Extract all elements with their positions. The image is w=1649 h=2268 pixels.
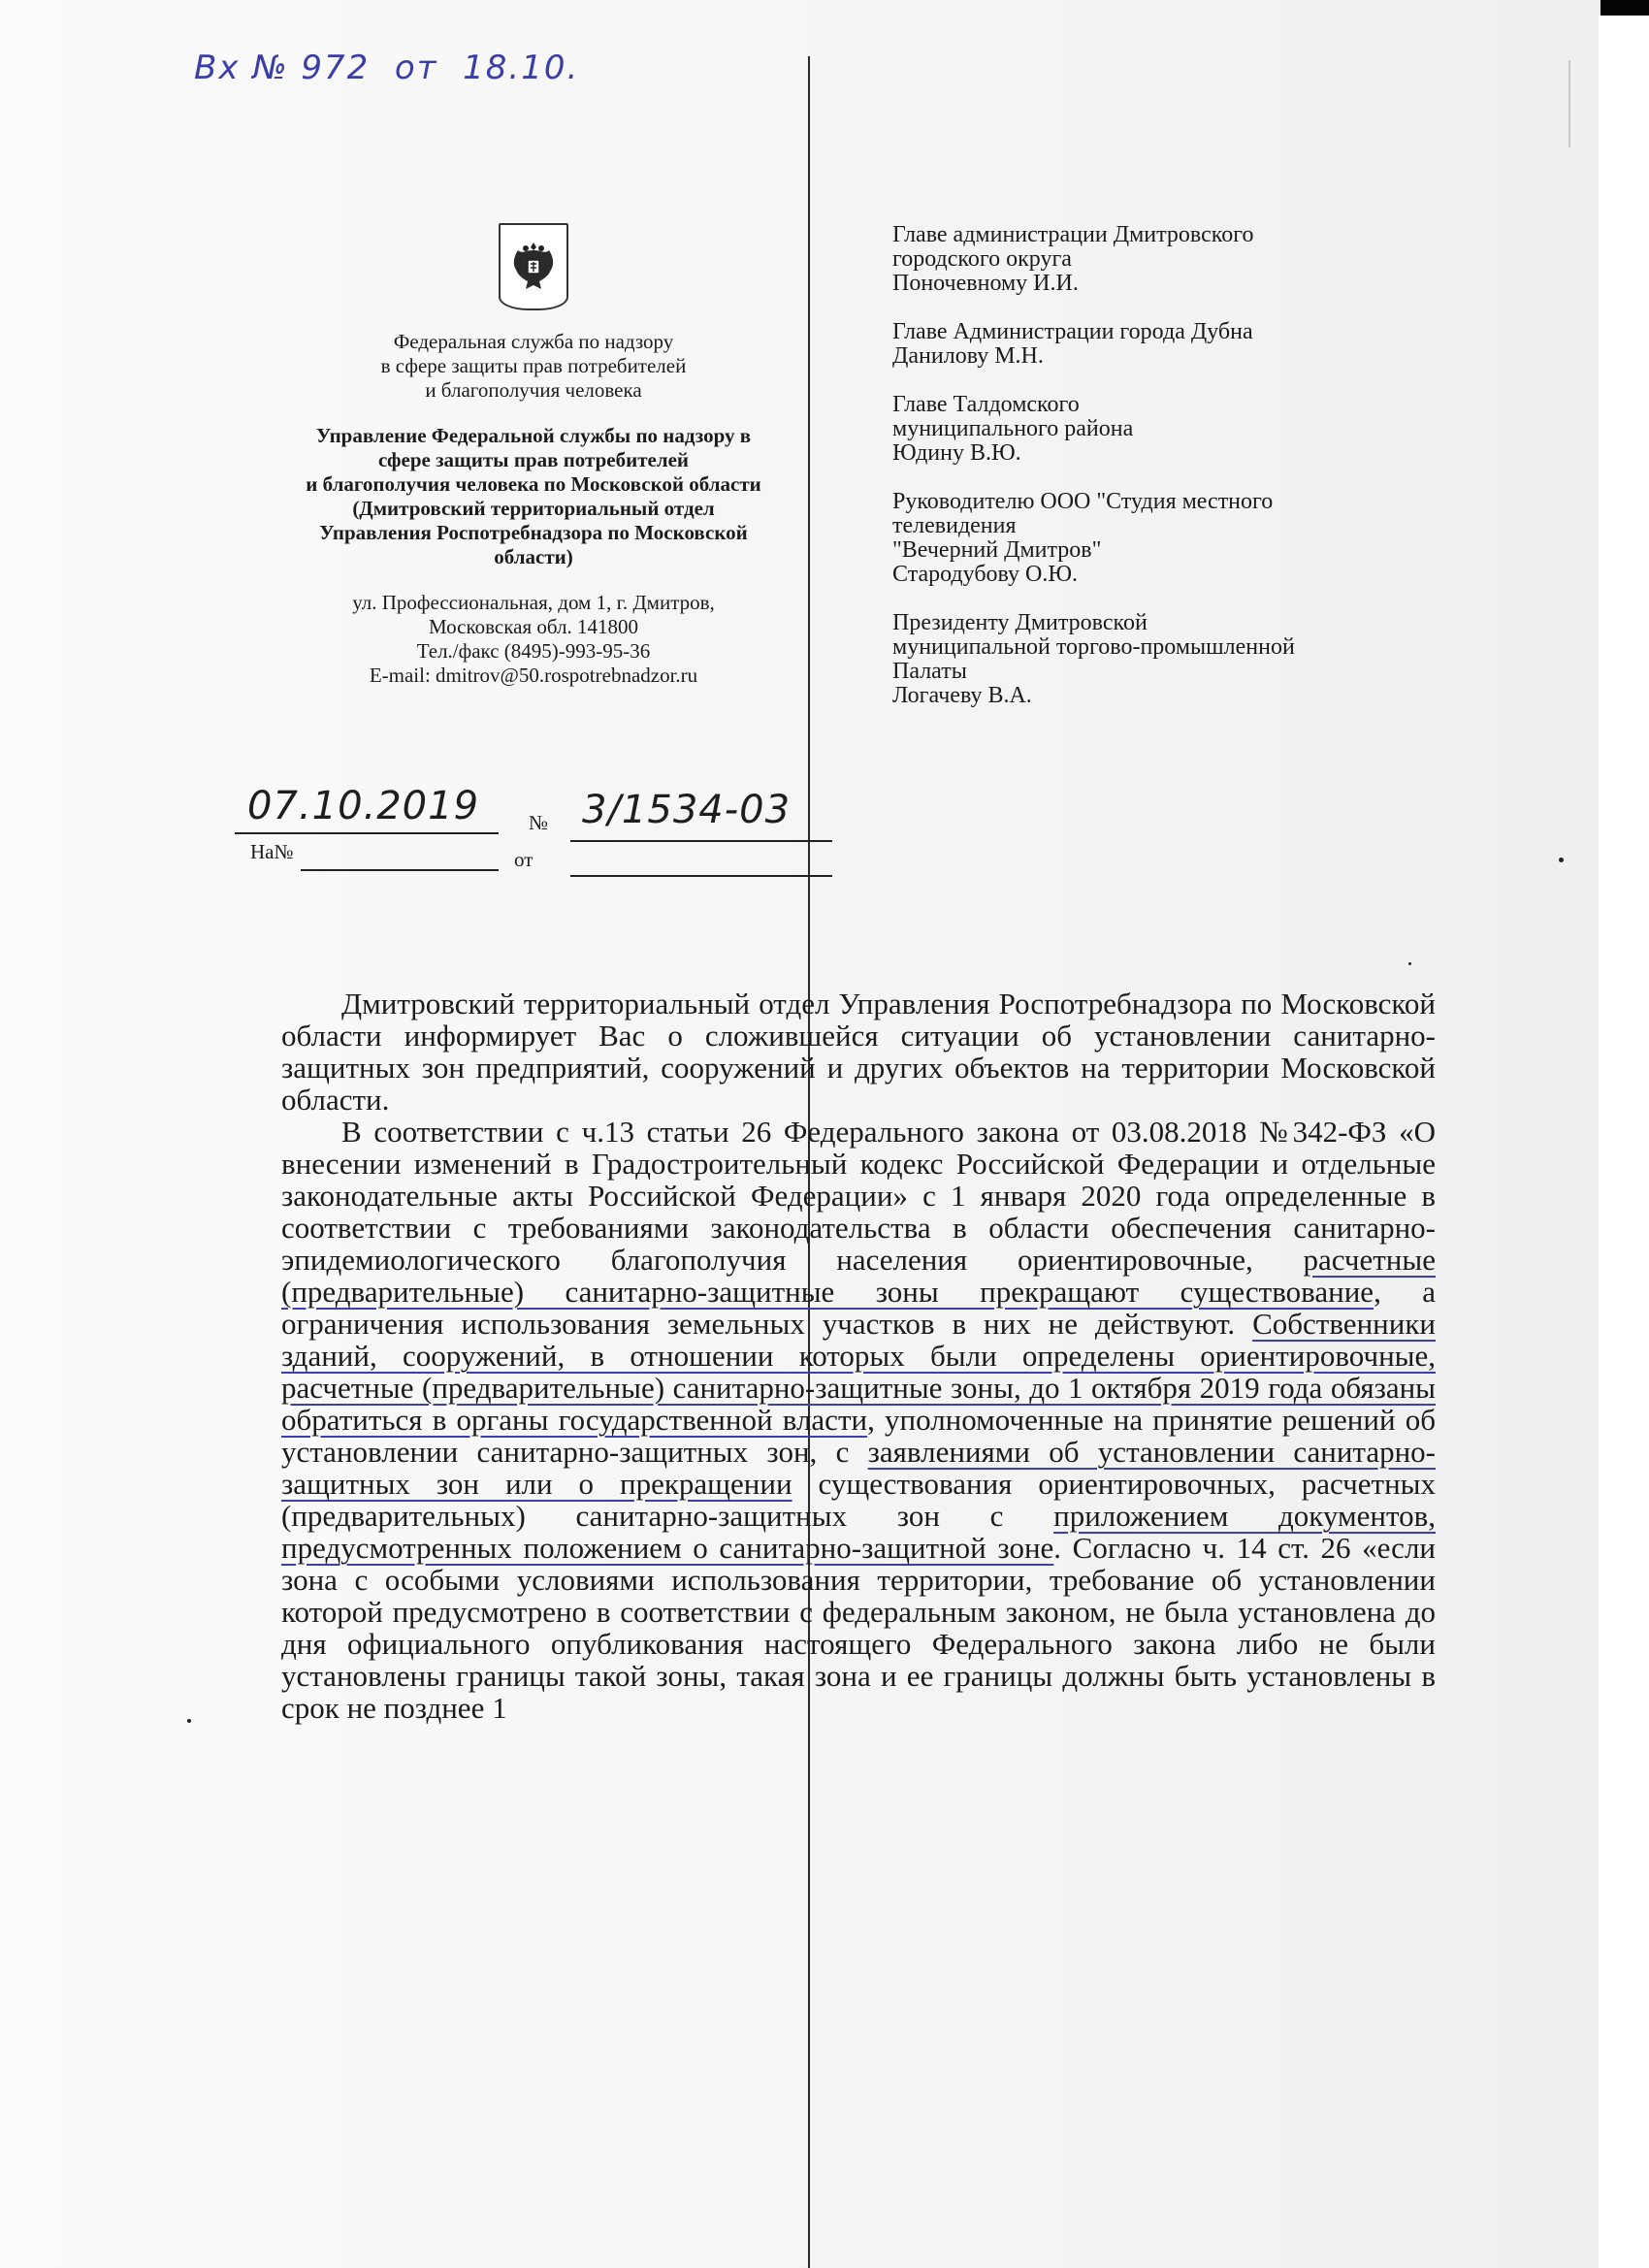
number-label: № — [529, 811, 548, 835]
recipient: Президенту Дмитровской муниципальной тор… — [892, 611, 1436, 708]
date-underline — [235, 832, 499, 834]
scan-speck — [1559, 858, 1564, 862]
reply-to-field — [301, 869, 499, 871]
address-line: Московская обл. 141800 — [233, 615, 834, 639]
paragraph-intro: Дмитровский территориальный отдел Управл… — [281, 988, 1436, 1116]
sender-block: Федеральная служба по надзору в сфере за… — [233, 223, 834, 688]
agency-name: Федеральная служба по надзору в сфере за… — [233, 330, 834, 403]
incoming-registration-note: Вх № 972 от 18.10. — [194, 49, 579, 87]
department-name: Управление Федеральной службы по надзору… — [233, 424, 834, 569]
outgoing-number: 3/1534-03 — [582, 788, 791, 832]
phone-fax: Тел./факс (8495)-993-95-36 — [233, 639, 834, 664]
scan-speck — [1408, 962, 1411, 965]
recipient: Главе Администрации города Дубна Данилов… — [892, 320, 1436, 369]
scan-margin — [1599, 16, 1649, 2268]
letter-body: Дмитровский территориальный отдел Управл… — [281, 988, 1436, 1724]
email: E-mail: dmitrov@50.rospotrebnadzor.ru — [233, 664, 834, 688]
scan-speck — [187, 1719, 191, 1723]
russian-coat-of-arms-icon — [499, 223, 568, 310]
outgoing-date: 07.10.2019 — [247, 784, 479, 828]
scan-artifact-line — [1568, 60, 1570, 147]
scan-corner-mark — [1600, 0, 1649, 16]
number-underline — [570, 840, 832, 842]
address-line: ул. Профессиональная, дом 1, г. Дмитров, — [233, 591, 834, 615]
scanned-letter-page: Вх № 972 от 18.10. Федеральная служба по… — [0, 0, 1649, 2268]
from-label: от — [514, 848, 533, 872]
sender-contacts: ул. Профессиональная, дом 1, г. Дмитров,… — [233, 591, 834, 688]
from-field — [570, 875, 832, 877]
paragraph-law: В соответствии с ч.13 статьи 26 Федераль… — [281, 1116, 1436, 1724]
recipient: Руководителю ООО "Студия местного телеви… — [892, 490, 1436, 587]
recipients-block: Главе администрации Дмитровского городск… — [892, 223, 1436, 732]
reply-to-label: На№ — [250, 840, 294, 864]
recipient: Главе администрации Дмитровского городск… — [892, 223, 1436, 296]
recipient: Главе Талдомского муниципального района … — [892, 393, 1436, 466]
